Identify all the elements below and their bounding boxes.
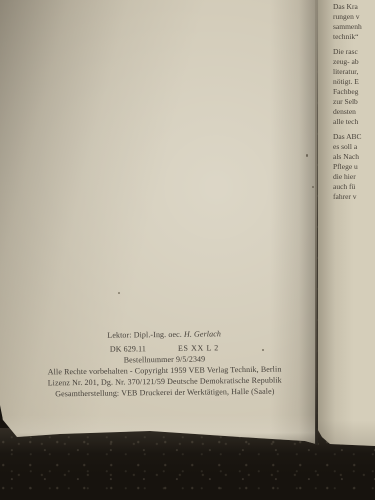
es-code: ES XX L 2 xyxy=(178,342,219,353)
text-line: sammenh xyxy=(333,22,375,32)
lektor-prefix: Lektor: Dipl.-Ing. oec. xyxy=(107,330,182,340)
text-line: literatur, xyxy=(333,67,375,77)
text-line: als Nach xyxy=(333,152,375,162)
text-line: auch fü xyxy=(333,182,375,192)
text-line: rungen v xyxy=(333,12,375,22)
text-line: fahrer v xyxy=(333,192,375,202)
right-paragraph-2: Die rasc zeug- ab literatur, nötigt. E F… xyxy=(333,47,375,127)
page-gutter xyxy=(315,0,318,445)
production-line: Gesamtherstellung: VEB Druckerei der Wer… xyxy=(22,385,307,399)
table-surface-sheen xyxy=(0,428,375,474)
text-line: Fachbeg xyxy=(333,87,375,97)
right-page: Das Kra rungen v sammenh technik“ Die ra… xyxy=(318,0,375,447)
right-paragraph-3: Das ABC es soll a als Nach Pflege u die … xyxy=(333,132,375,202)
text-line: Das Kra xyxy=(333,2,375,12)
lektor-line: Lektor: Dipl.-Ing. oec. H. Gerlach xyxy=(22,327,307,341)
dk-code: DK 629.11 xyxy=(110,343,146,354)
paper-speck xyxy=(312,186,314,188)
text-line: die hier xyxy=(333,172,375,182)
text-line: alle tech xyxy=(333,117,375,127)
book-photo: Lektor: Dipl.-Ing. oec. H. Gerlach DK 62… xyxy=(0,0,375,500)
text-line: es soll a xyxy=(333,142,375,152)
text-line: Pflege u xyxy=(333,162,375,172)
right-paragraph-1: Das Kra rungen v sammenh technik“ xyxy=(333,2,375,42)
paper-speck xyxy=(262,349,264,351)
text-line: zeug- ab xyxy=(333,57,375,67)
paper-speck xyxy=(306,154,308,157)
text-line: nötigt. E xyxy=(333,77,375,87)
paper-speck xyxy=(118,292,120,294)
text-line: zur Selb xyxy=(333,97,375,107)
lektor-name: H. Gerlach xyxy=(184,329,221,338)
imprint-block: Lektor: Dipl.-Ing. oec. H. Gerlach DK 62… xyxy=(22,327,308,399)
right-page-text: Das Kra rungen v sammenh technik“ Die ra… xyxy=(333,2,375,207)
left-page: Lektor: Dipl.-Ing. oec. H. Gerlach DK 62… xyxy=(0,0,318,446)
text-line: densten xyxy=(333,107,375,117)
text-line: Die rasc xyxy=(333,47,375,57)
text-line: technik“ xyxy=(333,32,375,42)
text-line: Das ABC xyxy=(333,132,375,142)
